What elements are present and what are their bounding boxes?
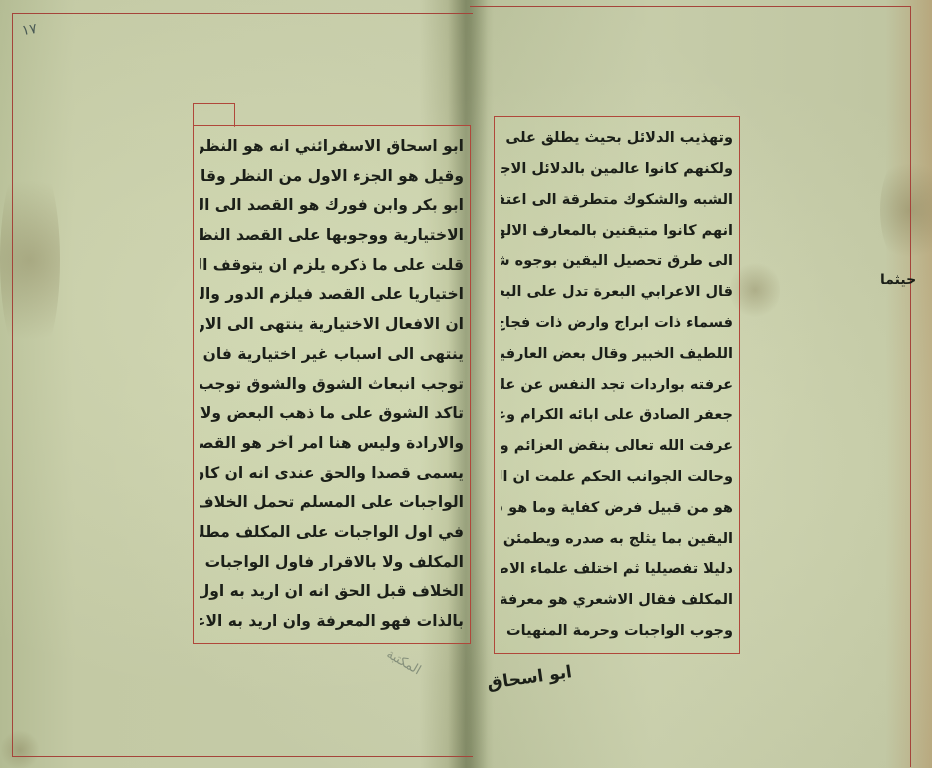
- text-line: عرفت الله تعالى بنقض العزائم وفسخ الهمم …: [501, 438, 733, 455]
- text-line: يسمى قصدا والحق عندى انه ان كان النزاع ف…: [200, 465, 464, 483]
- text-line: جعفر الصادق على آبائه الكرام وعليه التحي…: [501, 407, 733, 424]
- text-line: الخلاف قبل الحق انه ان اريد به اول الواج…: [200, 583, 464, 601]
- text-line: هو من قبيل فرض كفاية وما هو فرض عين هو ت…: [501, 500, 733, 517]
- text-line: اللطيف الخبير وقال بعض العارفين من عرف ن…: [501, 346, 733, 363]
- text-line: وتهذيب الدلائل بحيث يطلق على القواعد الم…: [501, 130, 733, 147]
- text-line: المكلف ولا بالاقرار فاول الواجبات عليه ه…: [200, 554, 464, 572]
- text-line: الشبه والشكوك متطرقة الى اعتقادهم بوجه م…: [501, 192, 733, 209]
- text-line: والارادة وليس هنا امر آخر هو القصد يسمى …: [200, 435, 464, 453]
- text-line: وجوب الواجبات وحرمة المنهيات قال المعتزل…: [501, 623, 733, 640]
- text-line: الاختيارية ووجوبها على القصد النظر هو مخ…: [200, 227, 464, 245]
- text-line: قلت على ما ذكره يلزم ان يتوقف القصد لكون…: [200, 257, 464, 275]
- text-line: ولكنهم كانوا عالمين بالدلائل الاجمالية ب…: [501, 161, 733, 178]
- text-line: ابو بكر وابن فورك هو القصد الى النظر لتو…: [200, 197, 464, 215]
- text-line: وقيل هو الجزء الاول من النظر وقال امام ا…: [200, 168, 464, 186]
- text-line: الواجبات على المسلم تحمل الخلاف فهذا كور…: [200, 494, 464, 512]
- right-text-block: وتهذيب الدلائل بحيث يطلق على القواعد الم…: [494, 116, 740, 654]
- folio-number: ١٧: [21, 21, 39, 39]
- left-text-frame-tab: [193, 103, 235, 127]
- text-line: توجب انبعاث الشوق والشوق توجب الارادة اذ…: [200, 376, 464, 394]
- text-line: وحالت الجوانب الحكم علمت ان الحاكم غيري …: [501, 469, 733, 486]
- text-line: المكلف فقال الاشعري هو معرفة الله تعالى …: [501, 592, 733, 609]
- text-line: عرفته بواردات تجد النفس عن علم قبولها وق…: [501, 377, 733, 394]
- text-line: فسماء ذات ابراج وارض ذات فجاج الا تدلان …: [501, 315, 733, 332]
- text-line: ان الافعال الاختيارية ينتهى الى الارادة …: [200, 316, 464, 334]
- text-line: دليلا تفصيليا ثم اختلف علماء الاصول في ا…: [501, 561, 733, 578]
- text-line: في اول الواجبات على المكلف مطلقا فلا يخف…: [200, 524, 464, 542]
- text-line: ينتهى الى اسباب غير اختيارية فان تصور ال…: [200, 346, 464, 364]
- text-line: تاكد الشوق على ما ذهب البعض ولا مدخل للا…: [200, 405, 464, 423]
- manuscript-spread: ١٧ ابو اسحاق الاسفرائني انه هو النظر فيم…: [0, 0, 932, 768]
- left-text-block: ابو اسحاق الاسفرائني انه هو النظر فيما ا…: [193, 125, 471, 644]
- text-line: ابو اسحاق الاسفرائني انه هو النظر فيما ا…: [200, 138, 464, 156]
- text-line: الى طرق تحصيل اليقين بوجوه شتى يحتمل الق…: [501, 253, 733, 270]
- text-line: اليقين بما يثلج به صدره ويطمئن به نفسه و…: [501, 531, 733, 548]
- text-line: اختياريا على القصد فيلزم الدور والتسلسل …: [200, 286, 464, 304]
- side-margin-note: حيثما: [880, 272, 916, 288]
- text-line: بالذات فهو المعرفة وان اريد به الاعم فهو…: [200, 613, 464, 631]
- text-line: قال الاعرابي البعرة تدل على البعير واثر …: [501, 284, 733, 301]
- text-line: انهم كانوا متيقنين بالمعارف الالهية ويرش…: [501, 223, 733, 240]
